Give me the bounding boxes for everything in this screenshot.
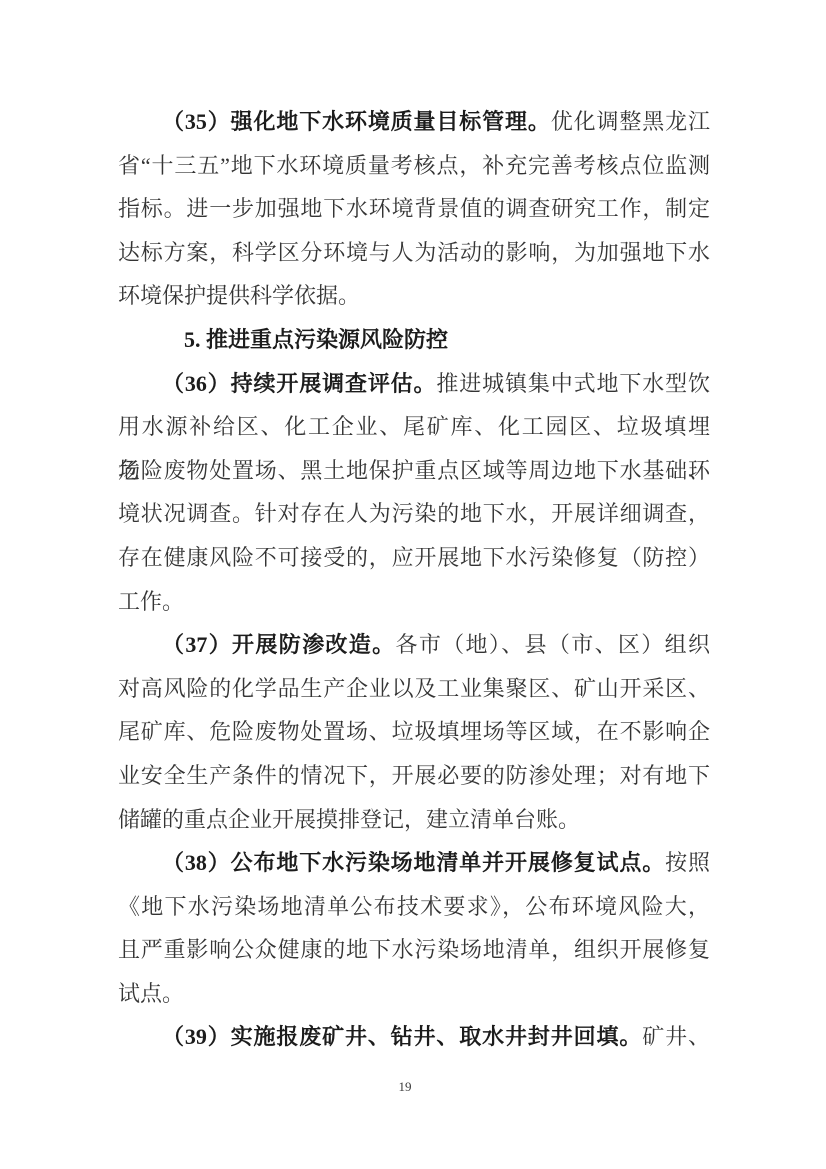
paragraph-line: 业安全生产条件的情况下，开展必要的防渗处理；对有地下 [118, 754, 710, 798]
paragraph-line: 危险废物处置场、黑土地保护重点区域等周边地下水基础环 [118, 449, 710, 493]
page-number: 19 [399, 1079, 412, 1094]
document-body: （35）强化地下水环境质量目标管理。优化调整黑龙江省“十三五”地下水环境质量考核… [118, 100, 710, 1059]
text-segment: 指标。进一步加强地下水环境背景值的调查研究工作，制定 [118, 196, 710, 221]
text-segment: 存在健康风险不可接受的，应开展地下水污染修复（防控） [118, 545, 710, 570]
paragraph-line: 存在健康风险不可接受的，应开展地下水污染修复（防控） [118, 536, 710, 580]
text-segment: 省“十三五”地下水环境质量考核点，补充完善考核点位监测 [118, 153, 710, 178]
text-segment: 《地下水污染场地清单公布技术要求》，公布环境风险大， [118, 894, 710, 919]
text-segment: 推进城镇集中式地下水型饮 [436, 371, 710, 396]
paragraph-line: 境状况调查。针对存在人为污染的地下水，开展详细调查， [118, 492, 710, 536]
paragraph-line: 对高风险的化学品生产企业以及工业集聚区、矿山开采区、 [118, 667, 710, 711]
paragraph-line: 环境保护提供科学依据。 [118, 274, 710, 318]
document-page: （35）强化地下水环境质量目标管理。优化调整黑龙江省“十三五”地下水环境质量考核… [0, 0, 826, 1169]
paragraph-line: 储罐的重点企业开展摸排登记，建立清单台账。 [118, 798, 710, 842]
text-segment: （39）实施报废矿井、钻井、取水井封井回填。 [162, 1024, 642, 1049]
text-segment: 且严重影响公众健康的地下水污染场地清单，组织开展修复 [118, 937, 710, 962]
paragraph-line: 用水源补给区、化工企业、尾矿库、化工园区、垃圾填埋场、 [118, 405, 710, 449]
text-segment: （35）强化地下水环境质量目标管理。 [162, 109, 551, 134]
paragraph-line: （39）实施报废矿井、钻井、取水井封井回填。矿井、 [118, 1015, 710, 1059]
paragraph-line: 试点。 [118, 972, 710, 1016]
text-segment: 环境保护提供科学依据。 [118, 283, 360, 308]
paragraph-line: 尾矿库、危险废物处置场、垃圾填埋场等区域，在不影响企 [118, 710, 710, 754]
paragraph-line: 达标方案，科学区分环境与人为活动的影响，为加强地下水 [118, 231, 710, 275]
paragraph-line: 《地下水污染场地清单公布技术要求》，公布环境风险大， [118, 885, 710, 929]
paragraph-line: 工作。 [118, 580, 710, 624]
paragraph-line: 且严重影响公众健康的地下水污染场地清单，组织开展修复 [118, 928, 710, 972]
page-footer: 19 [0, 1078, 810, 1096]
text-segment: 境状况调查。针对存在人为污染的地下水，开展详细调查， [118, 501, 710, 526]
section-heading: 5. 推进重点污染源风险防控 [118, 318, 710, 362]
text-segment: 5. 推进重点污染源风险防控 [184, 327, 448, 352]
text-segment: 对高风险的化学品生产企业以及工业集聚区、矿山开采区、 [118, 676, 710, 701]
text-segment: （37）开展防渗改造。 [162, 632, 395, 657]
text-segment: 各市（地）、县（市、区）组织 [395, 632, 710, 657]
text-segment: 业安全生产条件的情况下，开展必要的防渗处理；对有地下 [118, 763, 710, 788]
text-segment: 达标方案，科学区分环境与人为活动的影响，为加强地下水 [118, 240, 710, 265]
text-segment: 尾矿库、危险废物处置场、垃圾填埋场等区域，在不影响企 [118, 719, 710, 744]
text-segment: 储罐的重点企业开展摸排登记，建立清单台账。 [118, 807, 580, 832]
text-segment: 危险废物处置场、黑土地保护重点区域等周边地下水基础环 [118, 458, 710, 483]
paragraph-line: （38）公布地下水污染场地清单并开展修复试点。按照 [118, 841, 710, 885]
paragraph-line: （35）强化地下水环境质量目标管理。优化调整黑龙江 [118, 100, 710, 144]
paragraph-line: （37）开展防渗改造。各市（地）、县（市、区）组织 [118, 623, 710, 667]
text-segment: 工作。 [118, 589, 184, 614]
text-segment: 优化调整黑龙江 [551, 109, 710, 134]
paragraph-line: 指标。进一步加强地下水环境背景值的调查研究工作，制定 [118, 187, 710, 231]
text-segment: （36）持续开展调查评估。 [162, 371, 436, 396]
text-segment: 试点。 [118, 981, 184, 1006]
text-segment: 按照 [665, 850, 710, 875]
text-segment: 矿井、 [642, 1024, 710, 1049]
text-segment: （38）公布地下水污染场地清单并开展修复试点。 [162, 850, 665, 875]
paragraph-line: 省“十三五”地下水环境质量考核点，补充完善考核点位监测 [118, 144, 710, 188]
paragraph-line: （36）持续开展调查评估。推进城镇集中式地下水型饮 [118, 362, 710, 406]
